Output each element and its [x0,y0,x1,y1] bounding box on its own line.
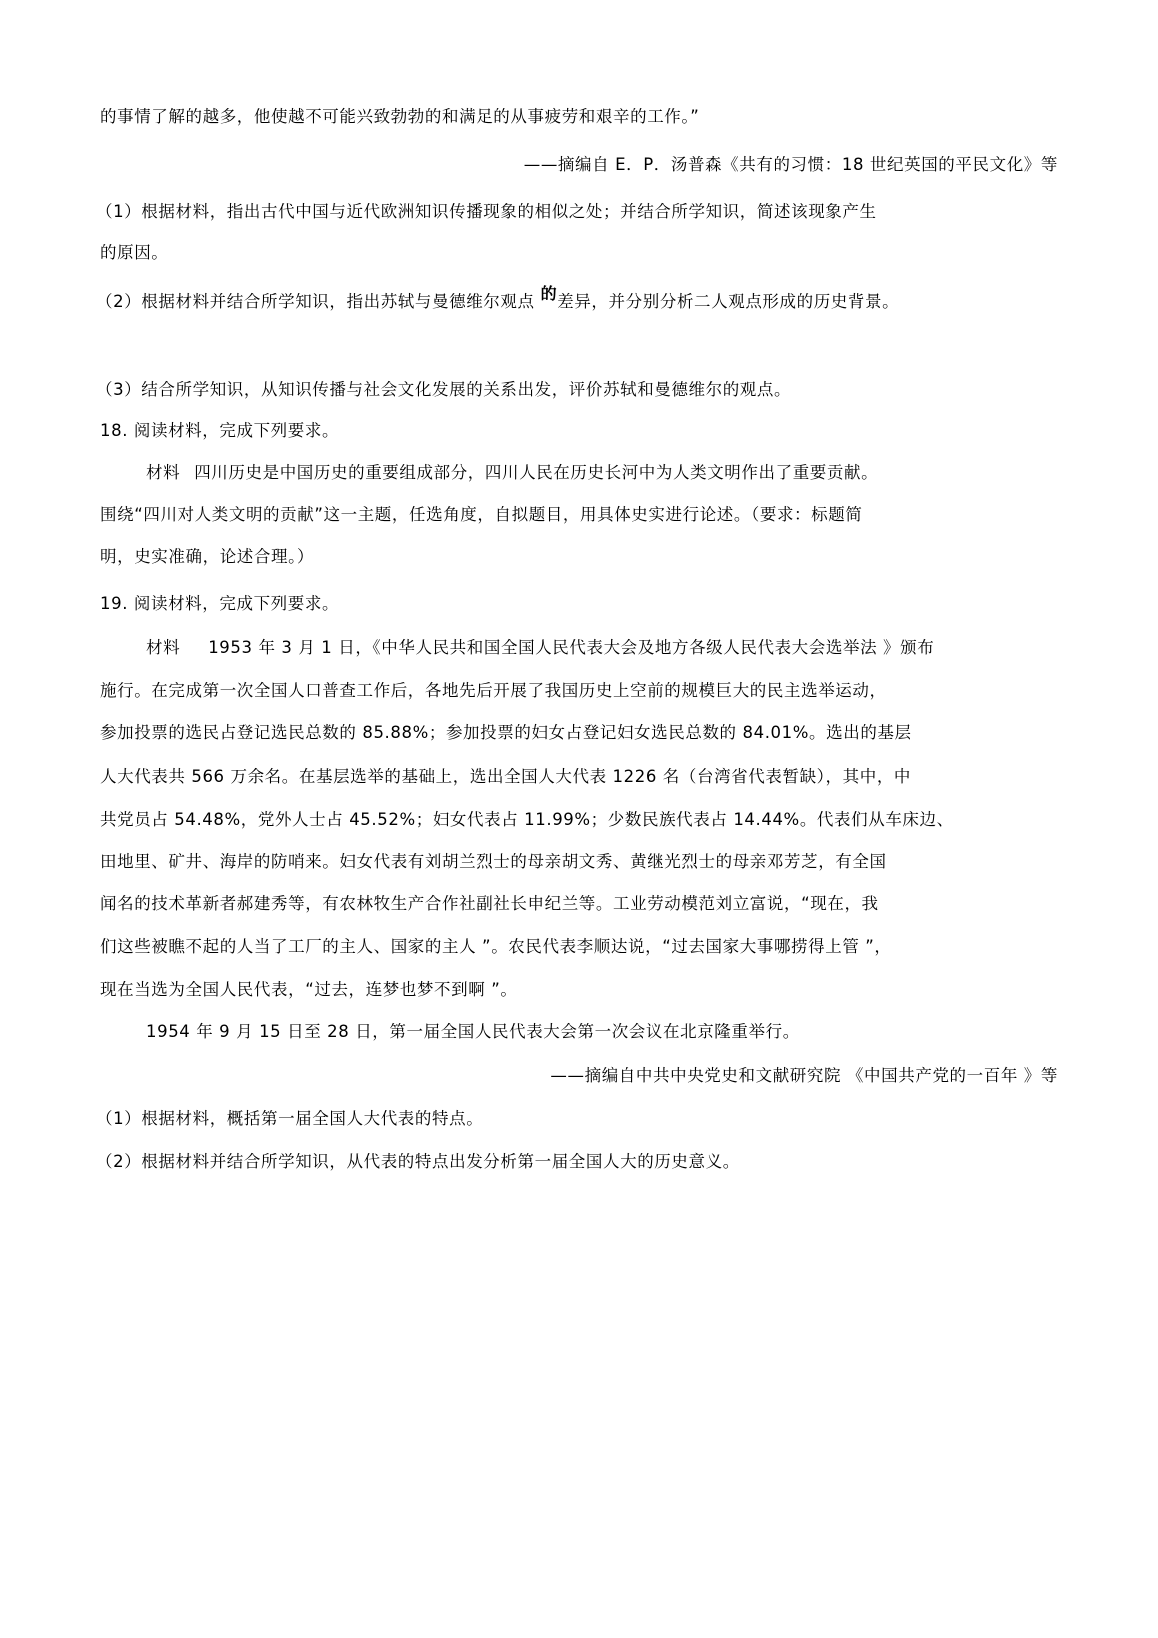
q19-heading: 19. 阅读材料，完成下列要求。 [100,593,339,615]
q18-material-label: 材料 [146,463,180,482]
q19-material-para-2: 1954 年 9 月 15 日至 28 日，第一届全国人民代表大会第一次会议在北… [146,1021,800,1043]
q19-material-line-9: 现在当选为全国人民代表，“过去，连梦也梦不到啊 ”。 [100,979,517,1001]
q17-quote-end: 的事情了解的越多，他使越不可能兴致勃勃的和满足的从事疲劳和艰辛的工作。” [100,106,699,128]
q19-material-line-8: 们这些被瞧不起的人当了工厂的主人、国家的主人 ”。农民代表李顺达说，“过去国家大… [100,936,892,958]
q19-material-line-2: 施行。在完成第一次全国人口普查工作后，各地先后开展了我国历史上空前的规模巨大的民… [100,680,887,702]
q19-subquestion-2: （2）根据材料并结合所学知识，从代表的特点出发分析第一届全国人大的历史意义。 [96,1151,740,1173]
q17-subquestion-2: （2）根据材料并结合所学知识，指出苏轼与曼德维尔观点的差异，并分别分析二人观点形… [96,291,899,313]
q18-material-text: 四川历史是中国历史的重要组成部分，四川人民在历史长河中为人类文明作出了重要贡献。 [194,463,878,482]
q18-material: 材料四川历史是中国历史的重要组成部分，四川人民在历史长河中为人类文明作出了重要贡… [146,462,878,484]
q18-task-line1: 围绕“四川对人类文明的贡献”这一主题，任选角度，自拟题目，用具体史实进行论述。（… [100,504,862,526]
q19-material-line-4: 人大代表共 566 万余名。在基层选举的基础上，选出全国人大代表 1226 名（… [100,766,911,788]
q17-source-citation: ——摘编自 E．P．汤普森《共有的习惯：18 世纪英国的平民文化》等 [524,154,1058,176]
q19-material-line-6: 田地里、矿井、海岸的防哨来。妇女代表有刘胡兰烈士的母亲胡文秀、黄继光烈士的母亲邓… [100,851,887,873]
q19-material-label: 材料 [146,638,180,657]
q19-subquestion-1: （1）根据材料，概括第一届全国人大代表的特点。 [96,1108,483,1130]
q17-subquestion-3: （3）结合所学知识，从知识传播与社会文化发展的关系出发，评价苏轼和曼德维尔的观点… [96,379,791,401]
q19-material-line-5: 共党员占 54.48%，党外人士占 45.52%；妇女代表占 11.99%；少数… [100,809,954,831]
q17-subquestion-2-part1: （2）根据材料并结合所学知识，指出苏轼与曼德维尔观点 [96,292,535,311]
q17-subquestion-2-part2: 差异，并分别分析二人观点形成的历史背景。 [557,292,899,311]
q18-task-line2: 明，史实准确，论述合理。） [100,546,314,568]
q17-subquestion-1-line2: 的原因。 [100,242,168,264]
q19-material-text-1: 1953 年 3 月 1 日，《中华人民共和国全国人民代表大会及地方各级人民代表… [208,638,934,657]
q19-material-line-7: 闻名的技术革新者郝建秀等，有农林牧生产合作社副社长申纪兰等。工业劳动模范刘立富说… [100,893,879,915]
document-page: 的事情了解的越多，他使越不可能兴致勃勃的和满足的从事疲劳和艰辛的工作。” ——摘… [0,0,1158,1638]
q19-material-line-1: 材料1953 年 3 月 1 日，《中华人民共和国全国人民代表大会及地方各级人民… [146,637,934,659]
q19-source-citation: ——摘编自中共中央党史和文献研究院 《中国共产党的一百年 》等 [550,1065,1058,1087]
q18-heading: 18. 阅读材料，完成下列要求。 [100,420,339,442]
q17-subquestion-1-line1: （1）根据材料，指出古代中国与近代欧洲知识传播现象的相似之处；并结合所学知识，简… [96,201,877,223]
q19-material-line-3: 参加投票的选民占登记选民总数的 85.88%；参加投票的妇女占登记妇女选民总数的… [100,722,912,744]
q17-subquestion-2-raised-char: 的 [541,284,558,303]
